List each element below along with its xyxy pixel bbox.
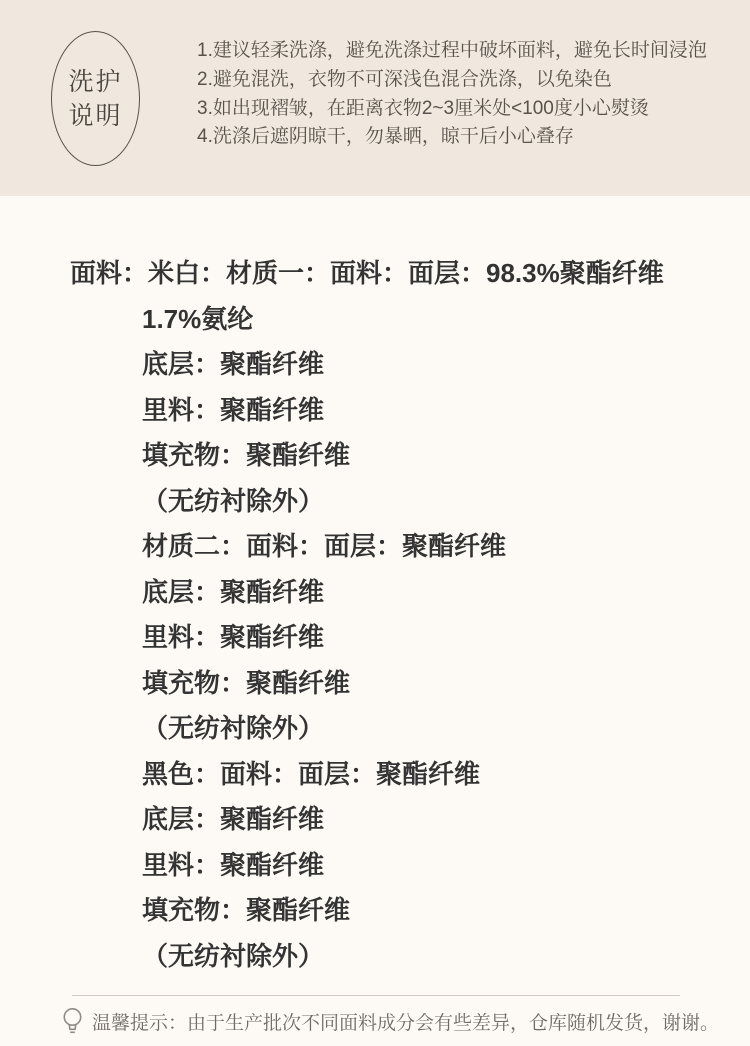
care-instruction: 2.避免混洗，衣物不可深浅色混合洗涤，以免染色 — [197, 66, 707, 95]
fabric-line: 底层：聚酯纤维 — [142, 342, 750, 388]
fabric-composition-section: 面料：米白：材质一：面料：面层：98.3%聚酯纤维 1.7%氨纶 底层：聚酯纤维… — [0, 196, 750, 979]
fabric-line: 底层：聚酯纤维 — [142, 570, 750, 616]
care-badge-line2: 说明 — [68, 99, 122, 133]
fabric-line: （无纺衬除外） — [142, 706, 750, 752]
care-badge: 洗护 说明 — [51, 31, 140, 166]
fabric-line: 底层：聚酯纤维 — [142, 797, 750, 843]
lightbulb-icon — [62, 1007, 83, 1036]
warm-tip-text: 温馨提示：由于生产批次不同面料成分会有些差异，仓库随机发货，谢谢。 — [92, 1008, 719, 1035]
warm-tip: 温馨提示：由于生产批次不同面料成分会有些差异，仓库随机发货，谢谢。 — [62, 1007, 750, 1036]
divider — [72, 995, 680, 996]
care-badge-line1: 洗护 — [68, 65, 122, 99]
care-instruction: 1.建议轻柔洗涤，避免洗涤过程中破坏面料，避免长时间浸泡 — [197, 37, 707, 66]
fabric-line: 里料：聚酯纤维 — [142, 843, 750, 889]
fabric-line: 材质二：面料：面层：聚酯纤维 — [142, 524, 750, 570]
fabric-line: （无纺衬除外） — [142, 934, 750, 980]
fabric-line: 1.7%氨纶 — [142, 297, 750, 343]
fabric-line: 里料：聚酯纤维 — [142, 615, 750, 661]
care-instruction: 3.如出现褶皱，在距离衣物2~3厘米处<100度小心熨烫 — [197, 95, 707, 124]
fabric-line: 填充物：聚酯纤维 — [142, 888, 750, 934]
care-instructions-section: 洗护 说明 1.建议轻柔洗涤，避免洗涤过程中破坏面料，避免长时间浸泡 2.避免混… — [0, 0, 750, 196]
care-instruction-list: 1.建议轻柔洗涤，避免洗涤过程中破坏面料，避免长时间浸泡 2.避免混洗，衣物不可… — [197, 37, 707, 152]
care-instruction: 4.洗涤后遮阴晾干，勿暴晒，晾干后小心叠存 — [197, 123, 707, 152]
fabric-line: 填充物：聚酯纤维 — [142, 661, 750, 707]
fabric-line: 里料：聚酯纤维 — [142, 388, 750, 434]
fabric-line: 面料：米白：材质一：面料：面层：98.3%聚酯纤维 — [70, 251, 750, 297]
fabric-line: （无纺衬除外） — [142, 479, 750, 525]
fabric-line: 填充物：聚酯纤维 — [142, 433, 750, 479]
fabric-line: 黑色：面料：面层：聚酯纤维 — [142, 752, 750, 798]
